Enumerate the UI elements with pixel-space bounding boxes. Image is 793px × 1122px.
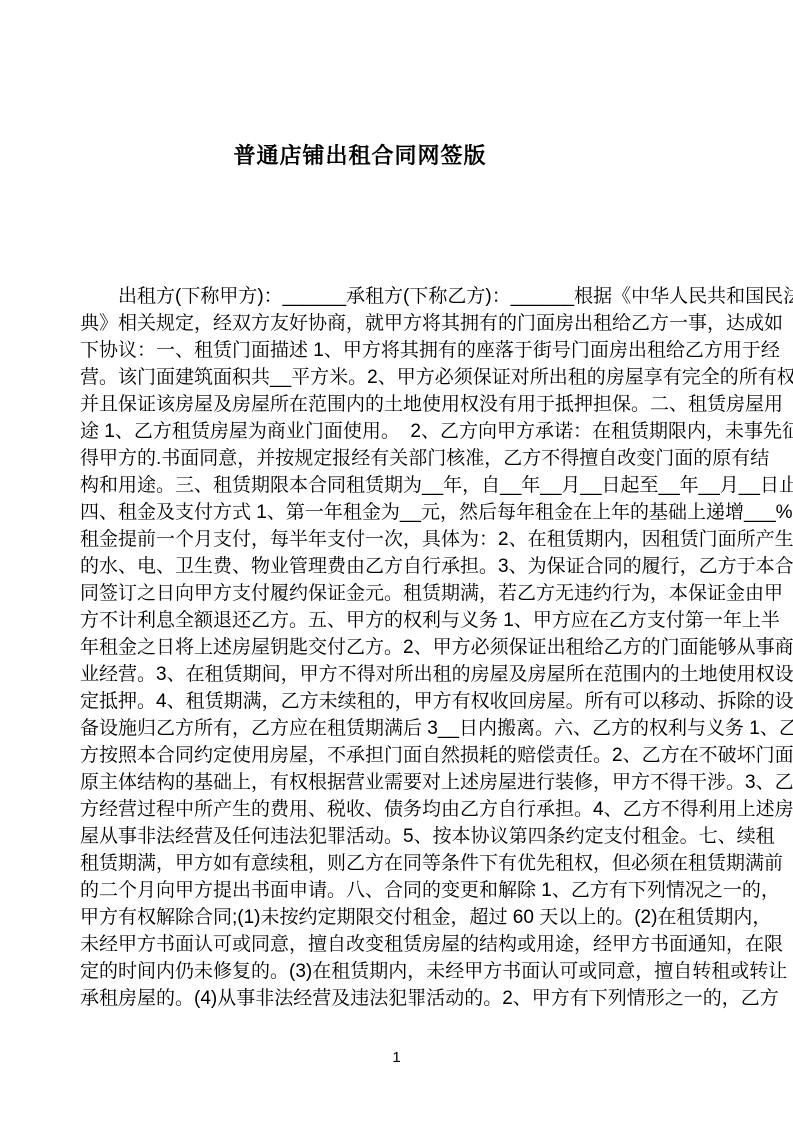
contract-line: 未经甲方书面认可或同意，擅自改变租赁房屋的结构或用途，经甲方书面通知，在限 — [80, 931, 793, 958]
contract-line: 租金提前一个月支付，每半年支付一次，具体为：2、在租赁期内，因租赁门面所产生 — [80, 526, 793, 553]
document-title: 普通店铺出租合同网签版 — [80, 142, 640, 170]
contract-line: 备设施归乙方所有，乙方应在租赁期满后 3__日内搬离。六、乙方的权利与义务 1、… — [80, 715, 793, 742]
contract-line: 年租金之日将上述房屋钥匙交付乙方。2、甲方必须保证出租给乙方的门面能够从事商 — [80, 634, 793, 661]
contract-line: 途 1、乙方租赁房屋为商业门面使用。 2、乙方向甲方承诺：在租赁期限内，未事先征 — [80, 418, 793, 445]
contract-line: 的水、电、卫生费、物业管理费由乙方自行承担。3、为保证合同的履行，乙方于本合 — [80, 553, 793, 580]
document-page: 普通店铺出租合同网签版 出租方(下称甲方)：______承租方(下称乙方)：__… — [0, 0, 793, 1122]
contract-line: 屋从事非法经营及任何违法犯罪活动。5、按本协议第四条约定支付租金。七、续租 — [80, 823, 793, 850]
contract-line: 出租方(下称甲方)：______承租方(下称乙方)：______根据《中华人民共… — [80, 283, 793, 310]
page-number: 1 — [0, 1048, 793, 1068]
contract-line: 方不计利息全额退还乙方。五、甲方的权利与义务 1、甲方应在乙方支付第一年上半 — [80, 607, 793, 634]
contract-line: 得甲方的.书面同意，并按规定报经有关部门核准，乙方不得擅自改变门面的原有结 — [80, 445, 793, 472]
contract-line: 并且保证该房屋及房屋所在范围内的土地使用权没有用于抵押担保。二、租赁房屋用 — [80, 391, 793, 418]
contract-line: 方按照本合同约定使用房屋，不承担门面自然损耗的赔偿责任。2、乙方在不破坏门面 — [80, 742, 793, 769]
contract-body: 出租方(下称甲方)：______承租方(下称乙方)：______根据《中华人民共… — [80, 283, 793, 1012]
contract-line: 甲方有权解除合同;(1)未按约定期限交付租金，超过 60 天以上的。(2)在租赁… — [80, 904, 793, 931]
contract-line: 租赁期满，甲方如有意续租，则乙方在同等条件下有优先租权，但必须在租赁期满前 — [80, 850, 793, 877]
contract-line: 业经营。3、在租赁期间，甲方不得对所出租的房屋及房屋所在范围内的土地使用权设 — [80, 661, 793, 688]
contract-line: 构和用途。三、租赁期限本合同租赁期为__年，自__年__月__日起至__年__月… — [80, 472, 793, 499]
contract-line: 方经营过程中所产生的费用、税收、债务均由乙方自行承担。4、乙方不得利用上述房 — [80, 796, 793, 823]
contract-line: 营。该门面建筑面积共__平方米。2、甲方必须保证对所出租的房屋享有完全的所有权 — [80, 364, 793, 391]
contract-line: 的二个月向甲方提出书面申请。八、合同的变更和解除 1、乙方有下列情况之一的， — [80, 877, 793, 904]
contract-line: 典》相关规定，经双方友好协商，就甲方将其拥有的门面房出租给乙方一事，达成如 — [80, 310, 793, 337]
contract-line: 定抵押。4、租赁期满，乙方未续租的，甲方有权收回房屋。所有可以移动、拆除的设 — [80, 688, 793, 715]
contract-line: 承租房屋的。(4)从事非法经营及违法犯罪活动的。2、甲方有下列情形之一的，乙方 — [80, 985, 793, 1012]
contract-line: 定的时间内仍未修复的。(3)在租赁期内，未经甲方书面认可或同意，擅自转租或转让 — [80, 958, 793, 985]
contract-line: 同签订之日向甲方支付履约保证金元。租赁期满，若乙方无违约行为，本保证金由甲 — [80, 580, 793, 607]
contract-line: 原主体结构的基础上，有权根据营业需要对上述房屋进行装修，甲方不得干涉。3、乙 — [80, 769, 793, 796]
contract-line: 下协议：一、租赁门面描述 1、甲方将其拥有的座落于街号门面房出租给乙方用于经 — [80, 337, 793, 364]
contract-line: 四、租金及支付方式 1、第一年租金为__元，然后每年租金在上年的基础上递增___… — [80, 499, 793, 526]
